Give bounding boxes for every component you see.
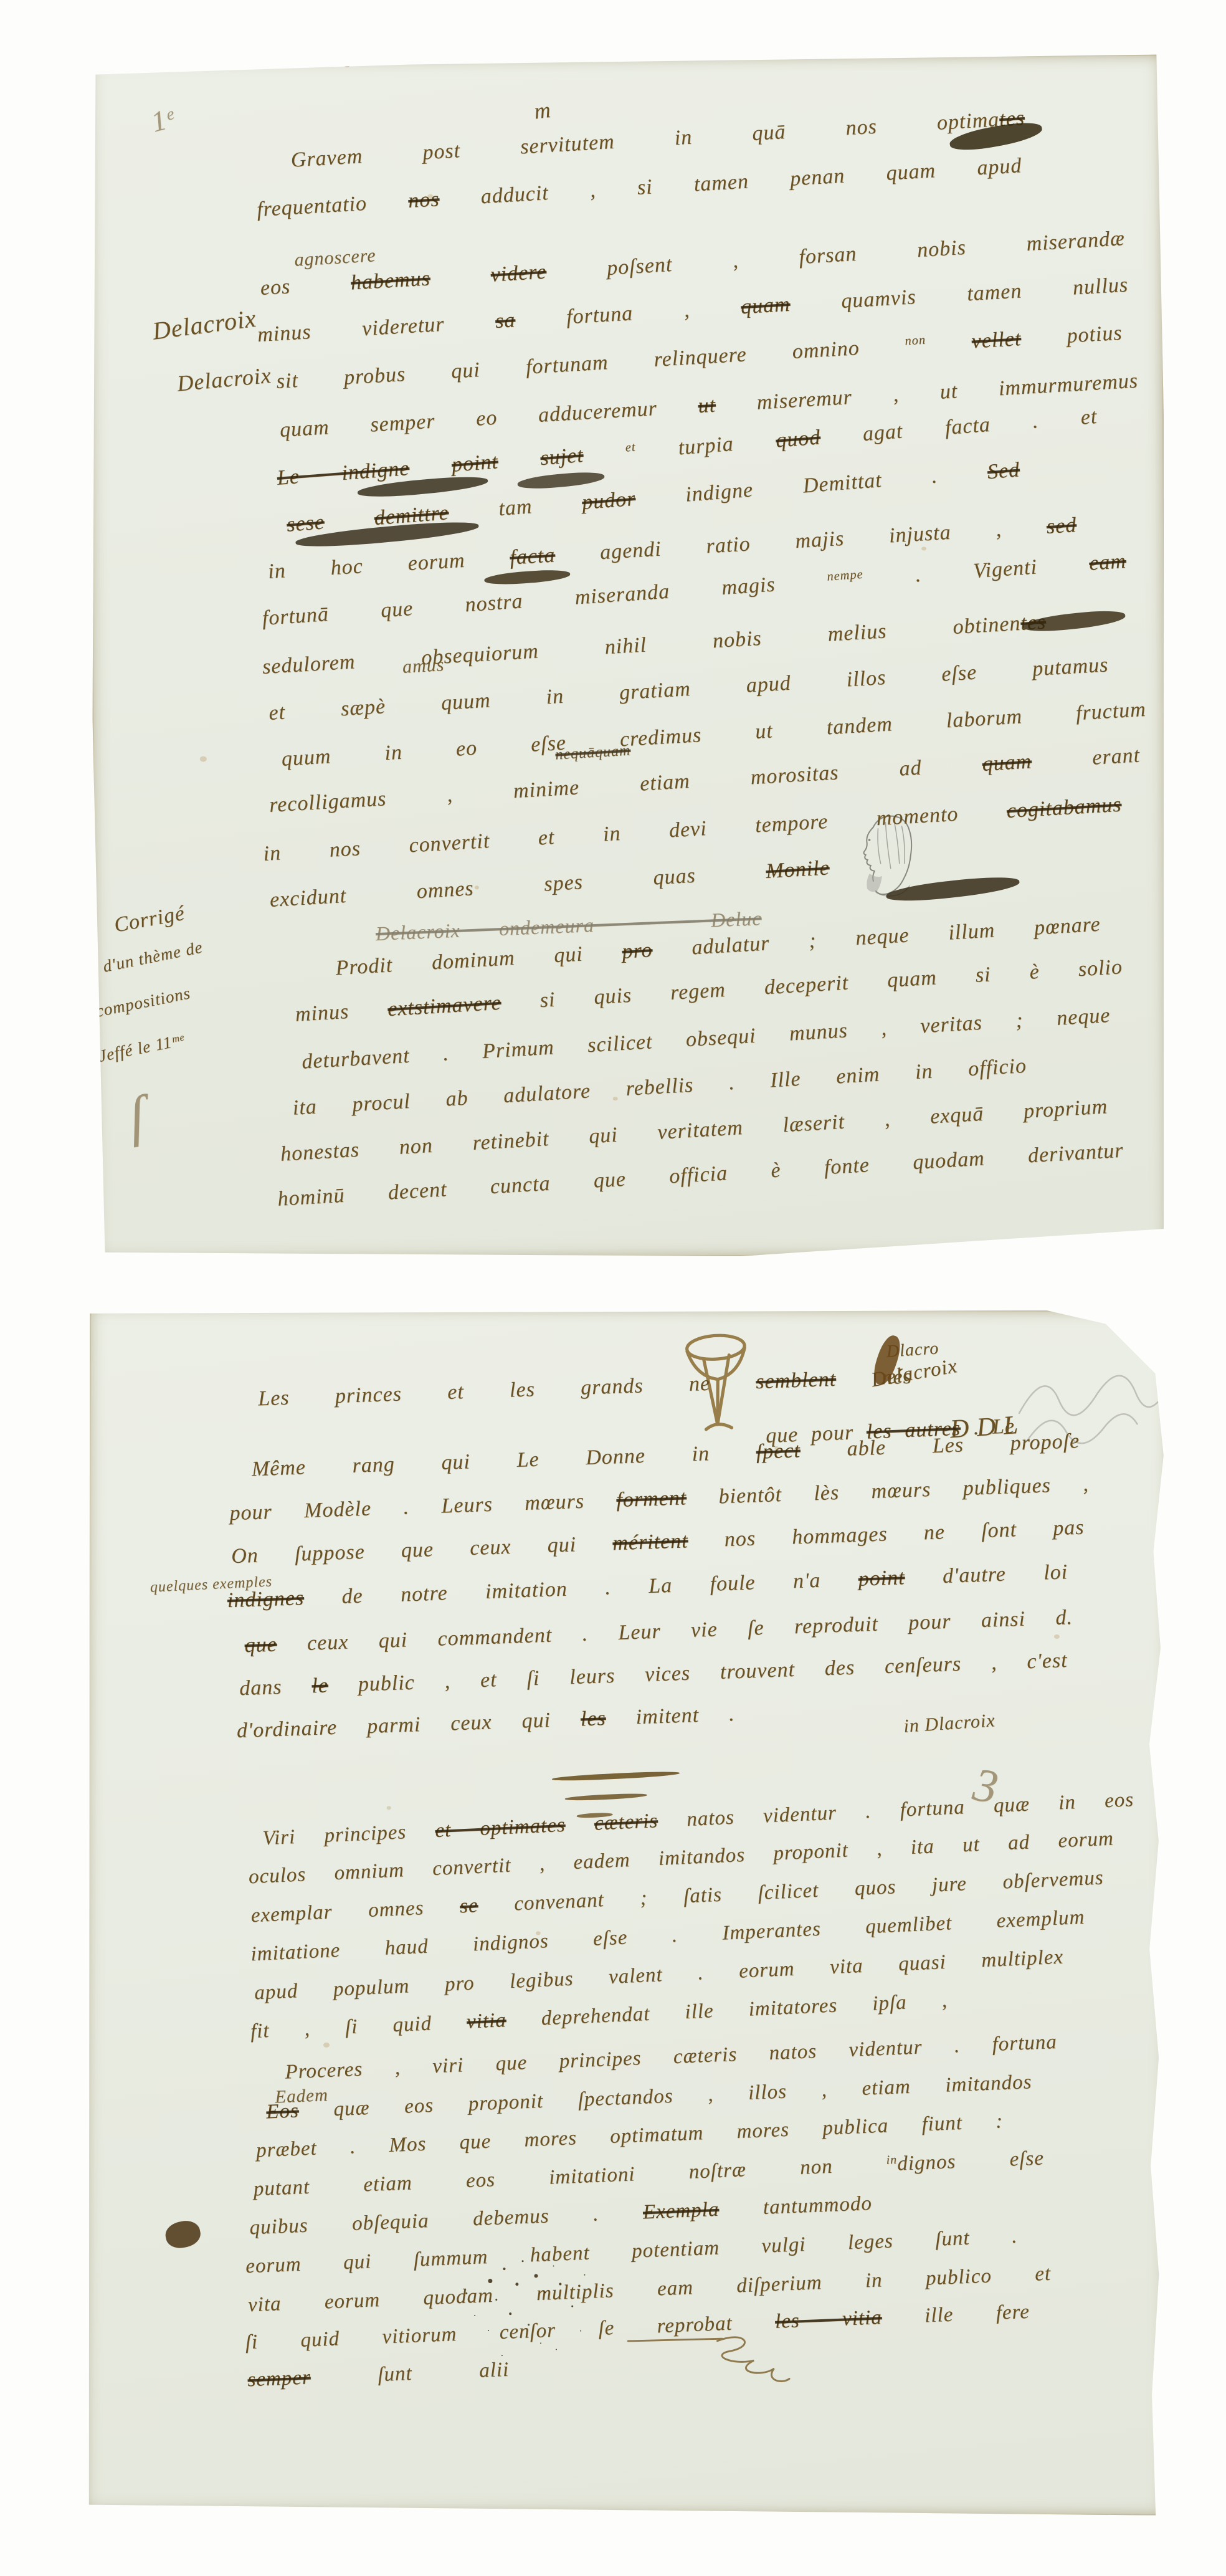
header-mark: m [533, 97, 552, 125]
manuscript-photo: { "photo": { "paper_color": "#e9ece2", "… [0, 0, 1226, 2576]
page-2: DlacroDelacroixD D LLes princes et les g… [85, 1306, 1171, 2516]
manuscript-line: On ſuppose que ceux qui méritent nos hom… [231, 1515, 1085, 1569]
ink-splatter-dot [540, 2342, 541, 2344]
manuscript-line: pour Modèle . Leurs mœurs forment bientô… [229, 1472, 1090, 1525]
ink-splatter-dot [488, 2279, 492, 2283]
ink-splatter-dot [584, 2274, 585, 2276]
corner-mark: 1ᵉ [148, 102, 178, 139]
foxing-spot [323, 2043, 330, 2048]
ink-blot [484, 568, 571, 586]
ink-splatter-dot [515, 2283, 518, 2286]
ink-splatter-dot [544, 2291, 546, 2293]
margin-note-delacroix: Delacroix [151, 304, 258, 346]
ink-splatter-dot [556, 2349, 557, 2350]
interline-insertion: agnoscere [294, 245, 377, 271]
manuscript-line: excidunt omnes spes quas Monile [269, 856, 830, 912]
ink-splatter-dot [474, 2315, 475, 2316]
manuscript-line: semper ſunt alii [247, 2359, 510, 2392]
margin-note-corrige: compositions [94, 983, 192, 1021]
ink-splatter-dot [501, 2355, 503, 2356]
margin-note-delacroix: Delacroix [176, 363, 273, 397]
foxing-spot [921, 546, 926, 550]
ink-splatter-dot [528, 2324, 530, 2326]
ink-blot [552, 1770, 680, 1782]
manuscript-line: que ceux qui commandent . Leur vie ſe re… [244, 1605, 1073, 1658]
manuscript-line: indignes de notre imitation . La foule n… [227, 1560, 1068, 1613]
manuscript-line: Les princes et les grands ne semblent né… [258, 1365, 913, 1411]
margin-note-corrige: Corrigé [112, 901, 187, 938]
ink-splatter-dot [495, 2299, 497, 2301]
margin-flourish: ſ [125, 1083, 150, 1149]
ink-blot [163, 2218, 202, 2251]
ink-splatter-dot [559, 2283, 561, 2286]
foxing-spot [1054, 1634, 1060, 1639]
ink-splatter-dot [465, 2292, 467, 2294]
page-1: m1ᵉGravem post servitutem in quā nos opt… [89, 55, 1168, 1260]
ink-blot [343, 61, 351, 67]
signature: in Dlacroix [903, 1710, 996, 1737]
ink-splatter-dot [571, 2306, 573, 2307]
foxing-spot [475, 885, 479, 889]
margin-note-corrige: d'un thème de [102, 938, 205, 976]
manuscript-line: dans le public , et ſi leurs vices trouv… [239, 1648, 1068, 1701]
ink-splatter-dot [488, 2330, 489, 2331]
ink-blot [517, 470, 605, 491]
ink-blot [75, 1019, 86, 1027]
foxing-spot [387, 1806, 391, 1810]
ink-splatter-dot [553, 2265, 554, 2266]
manuscript-line: d'ordinaire parmi ceux qui les imitent . [236, 1702, 735, 1743]
ink-blot [565, 1793, 647, 1801]
margin-note-corrige: Jeffé le 11ᵐᵉ [97, 1030, 186, 1066]
foxing-spot [774, 1446, 779, 1450]
ink-splatter-dot [503, 2268, 505, 2270]
foxing-spot [200, 756, 207, 762]
ink-splatter-dot [534, 2274, 538, 2278]
manuscript-line: Même rang qui Le Donne in ſpect able Les… [251, 1429, 1080, 1481]
ink-splatter-dot [509, 2312, 511, 2315]
manuscript-line: quibus obſequia debemus . Exempla tantum… [249, 2192, 873, 2240]
ink-splatter-dot [522, 2260, 524, 2262]
ink-splatter-dot [580, 2330, 581, 2332]
